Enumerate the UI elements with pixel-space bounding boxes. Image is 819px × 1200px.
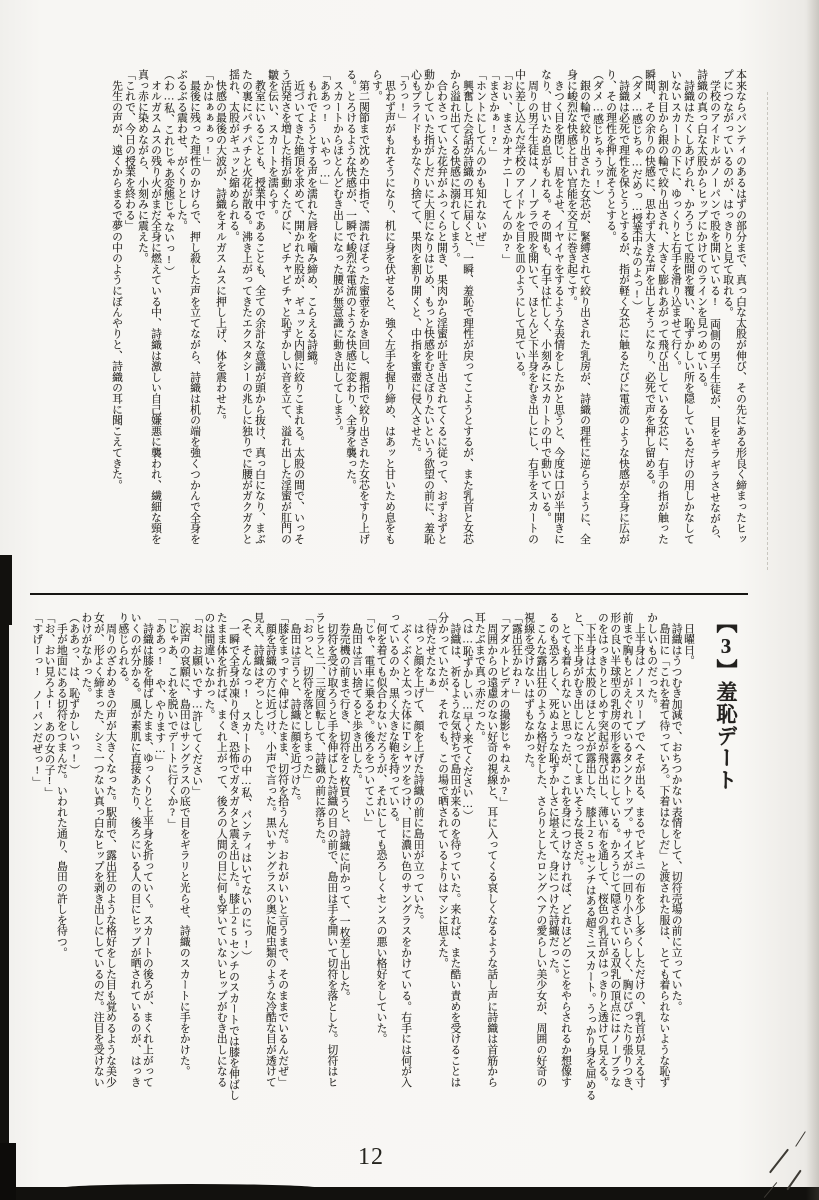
page-number: 12 [358, 1144, 384, 1171]
section-divider [30, 593, 748, 595]
section-header: 【3】羞恥デート [711, 612, 741, 832]
scan-artifact-bottom-bump [60, 1184, 320, 1189]
story-text-bottom-block: 日曜日。 詩織はうつむき加減で、おちつかない表情をして、切符売場の前に立っていた… [27, 612, 695, 1160]
scan-artifact-right-shadow [806, 0, 819, 1200]
scan-artifact-scratch [769, 1149, 789, 1174]
scan-artifact-left-block [0, 1143, 16, 1200]
story-text-top-block: 本来ならパンティのあるはずの部分まで、真っ白な太股が伸び、その先にある形良く締ま… [107, 69, 747, 617]
scan-artifact-left-nub [0, 555, 12, 625]
scan-artifact-gutter-dashes [767, 92, 768, 570]
scan-artifact-left-strip [0, 555, 9, 1200]
scan-artifact-scratch [795, 1131, 806, 1147]
scanned-page: 本来ならパンティのあるはずの部分まで、真っ白な太股が伸び、その先にある形良く締ま… [0, 0, 819, 1200]
